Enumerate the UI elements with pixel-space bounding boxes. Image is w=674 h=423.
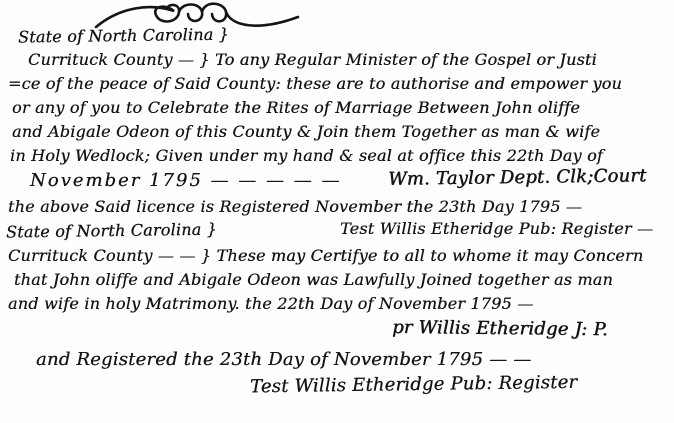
line-registered-2: and Registered the 23th Day of November … (36, 349, 531, 370)
line-body-4: in Holy Wedlock; Given under my hand & s… (10, 146, 603, 165)
register-attest-2: Test Willis Etheridge Pub: Register (250, 372, 578, 398)
line-cert-1: that John oliffe and Abigale Odeon was L… (14, 270, 613, 289)
line-body-2: or any of you to Celebrate the Rites of … (12, 98, 580, 117)
clerk-signature: Wm. Taylor Dept. Clk;Court (388, 165, 647, 190)
line-date-november-1795: November 1795 — — — — — (30, 170, 341, 191)
line-currituck-county-2: Currituck County — — } These may Certify… (8, 246, 643, 265)
line-state-of-nc-2: State of North Carolina } (6, 220, 217, 242)
line-currituck-county-1: Currituck County — } To any Regular Mini… (28, 50, 597, 69)
document-page: State of North Carolina } Currituck Coun… (0, 0, 674, 423)
line-registered-1: the above Said licence is Registered Nov… (8, 197, 582, 216)
jp-signature: pr Willis Etheridge J: P. (392, 317, 608, 340)
line-cert-2: and wife in holy Matrimony. the 22th Day… (8, 294, 533, 313)
register-attest-1: Test Willis Etheridge Pub: Register — (340, 219, 653, 238)
line-state-of-nc-1: State of North Carolina } (18, 25, 229, 47)
line-body-1: =ce of the peace of Said County: these a… (8, 74, 622, 93)
line-body-3: and Abigale Odeon of this County & Join … (12, 122, 600, 141)
